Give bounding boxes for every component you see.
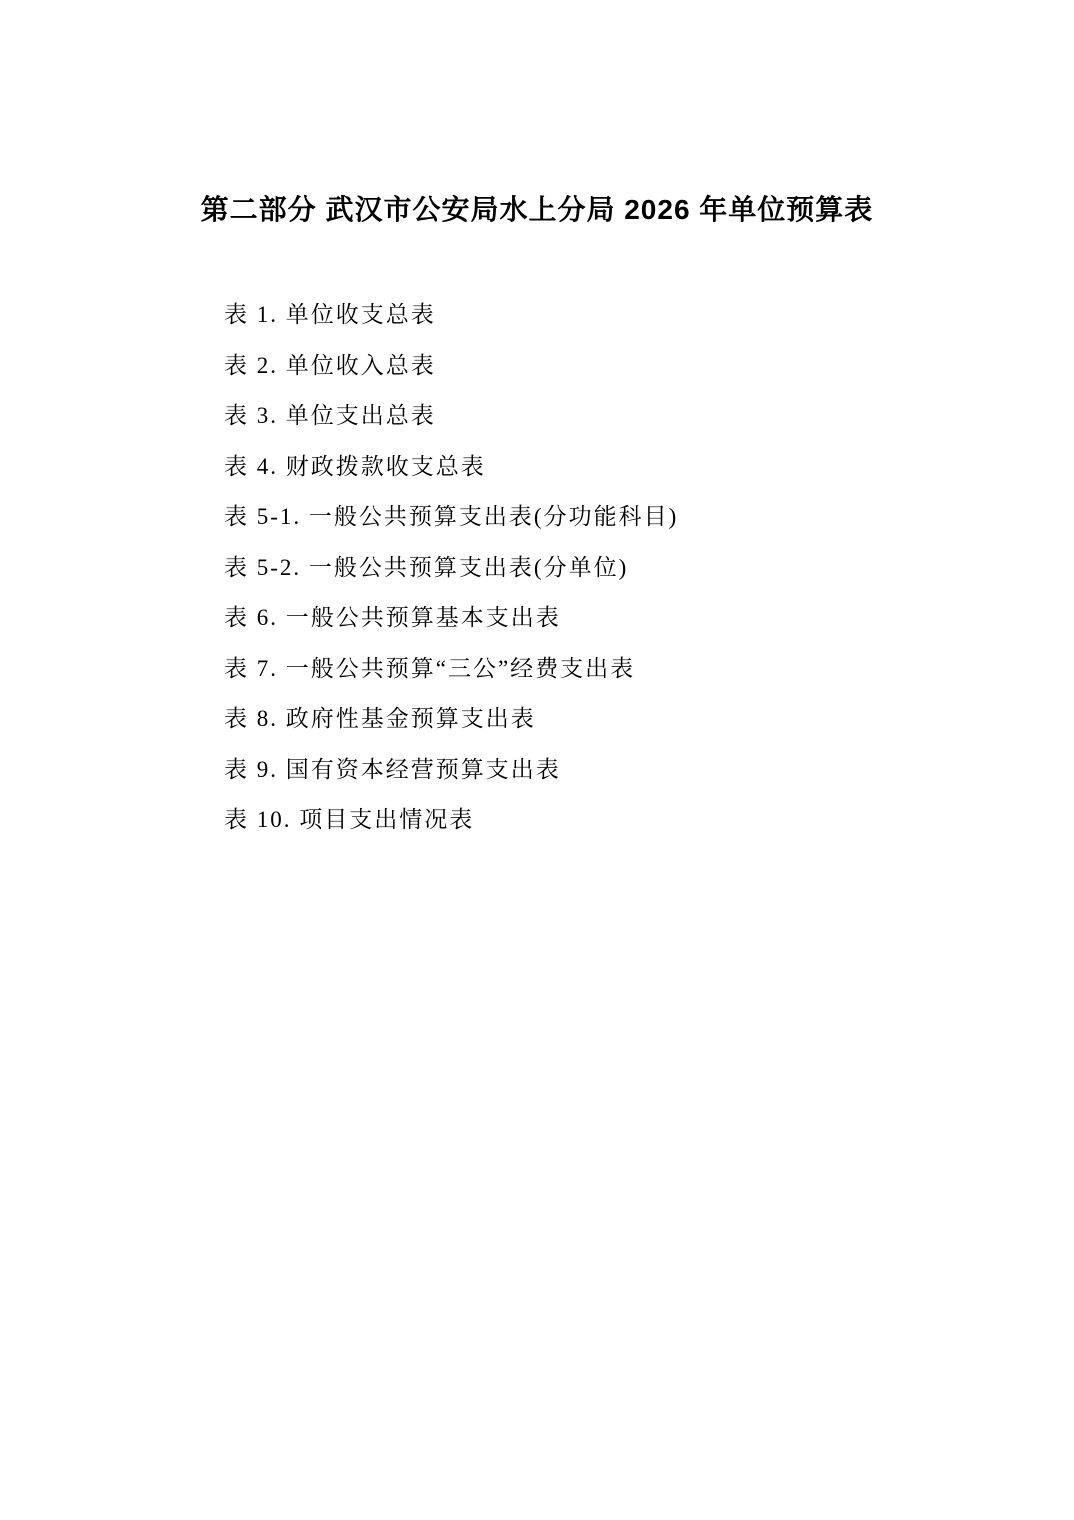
table-list-item: 表 9. 国有资本经营预算支出表	[224, 745, 1074, 796]
table-list-item: 表 2. 单位收入总表	[224, 341, 1074, 392]
page-title: 第二部分 武汉市公安局水上分局 2026 年单位预算表	[0, 0, 1074, 226]
table-list-item: 表 6. 一般公共预算基本支出表	[224, 593, 1074, 644]
table-list-item: 表 1. 单位收支总表	[224, 290, 1074, 341]
table-list-item: 表 10. 项目支出情况表	[224, 795, 1074, 846]
table-list: 表 1. 单位收支总表表 2. 单位收入总表表 3. 单位支出总表表 4. 财政…	[0, 290, 1074, 846]
table-list-item: 表 5-2. 一般公共预算支出表(分单位)	[224, 543, 1074, 594]
table-list-item: 表 3. 单位支出总表	[224, 391, 1074, 442]
document-page: 第二部分 武汉市公安局水上分局 2026 年单位预算表 表 1. 单位收支总表表…	[0, 0, 1074, 1520]
table-list-item: 表 7. 一般公共预算“三公”经费支出表	[224, 644, 1074, 695]
table-list-item: 表 5-1. 一般公共预算支出表(分功能科目)	[224, 492, 1074, 543]
table-list-item: 表 4. 财政拨款收支总表	[224, 442, 1074, 493]
table-list-item: 表 8. 政府性基金预算支出表	[224, 694, 1074, 745]
